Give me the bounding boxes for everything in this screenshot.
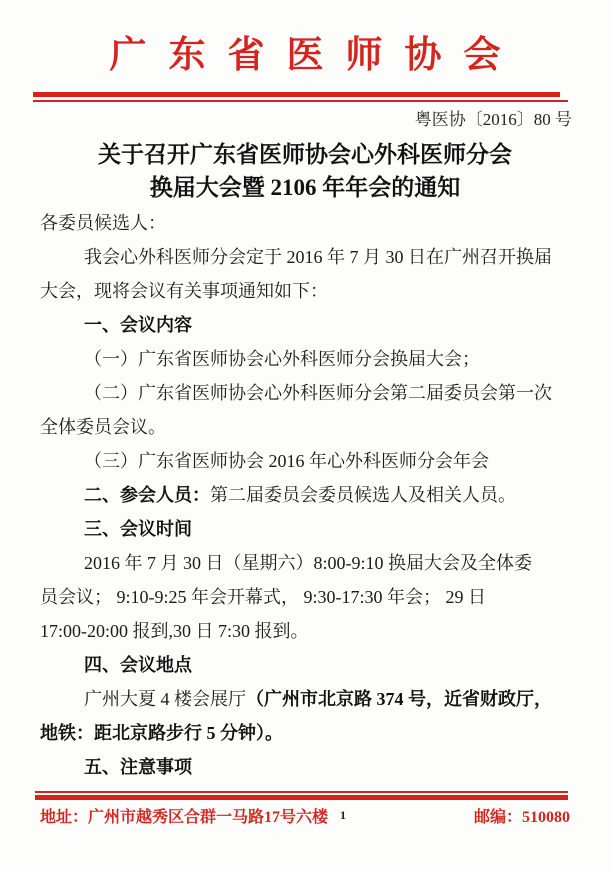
body-line: 广州大夏 4 楼会展厅（广州市北京路 374 号，近省财政厅，: [40, 682, 580, 716]
text-segment: 三、会议时间: [84, 519, 192, 539]
body-line: 我会心外科医师分会定于 2016 年 7 月 30 日在广州召开换届: [40, 240, 580, 274]
footer-postcode: 邮编：510080: [474, 807, 570, 829]
body-line: 一、会议内容: [40, 308, 580, 342]
text-segment: 第二届委员会委员候选人及相关人员。: [210, 485, 516, 505]
text-segment: （广州市北京路 374 号，近省财政厅，: [246, 689, 552, 709]
text-segment: （二）广东省医师协会心外科医师分会第二届委员会第一次: [84, 383, 552, 403]
text-segment: 地铁：距北京路步行 5 分钟）。: [40, 723, 283, 743]
footer-rule-thick: [35, 795, 568, 800]
page-footer: 地址：广州市越秀区合群一马路17号六楼 1 邮编：510080: [0, 791, 610, 829]
text-segment: （一）广东省医师协会心外科医师分会换届大会；: [84, 349, 480, 369]
header-divider: [33, 92, 568, 102]
body-line: 二、参会人员：第二届委员会委员候选人及相关人员。: [40, 478, 580, 512]
footer-rule-thin: [35, 791, 568, 793]
header-rule-thick: [33, 92, 560, 97]
text-segment: 17:00-20:00 报到,30 日 7:30 报到。: [40, 621, 309, 641]
body-line: （二）广东省医师协会心外科医师分会第二届委员会第一次: [40, 376, 580, 410]
body-line: 2016 年 7 月 30 日（星期六）8:00-9:10 换届大会及全体委: [40, 546, 580, 580]
text-segment: （三）广东省医师协会 2016 年心外科医师分会年会: [84, 451, 489, 471]
org-masthead-title: 广东省医师协会: [0, 0, 610, 82]
text-segment: 四、会议地点: [84, 655, 192, 675]
notice-title-line-2: 换届大会暨 2106 年年会的通知: [0, 171, 610, 204]
notice-body: 各委员候选人： 我会心外科医师分会定于 2016 年 7 月 30 日在广州召开…: [40, 206, 580, 784]
document-page: 广东省医师协会 粤医协〔2016〕80 号 关于召开广东省医师协会心外科医师分会…: [0, 0, 610, 872]
document-number: 粤医协〔2016〕80 号: [0, 108, 572, 132]
body-line: 17:00-20:00 报到,30 日 7:30 报到。: [40, 614, 580, 648]
body-line: 员会议； 9:10-9:25 年会开幕式， 9:30-17:30 年会； 29 …: [40, 580, 580, 614]
salutation: 各委员候选人：: [40, 206, 580, 240]
notice-title: 关于召开广东省医师协会心外科医师分会 换届大会暨 2106 年年会的通知: [0, 138, 610, 204]
text-segment: 大会，现将会议有关事项通知如下：: [40, 281, 328, 301]
text-segment: 我会心外科医师分会定于 2016 年 7 月 30 日在广州召开换届: [84, 247, 552, 267]
text-segment: 广州大夏 4 楼会展厅: [84, 689, 246, 709]
notice-title-line-1: 关于召开广东省医师协会心外科医师分会: [0, 138, 610, 171]
header-rule-thin: [33, 100, 568, 102]
body-line: 地铁：距北京路步行 5 分钟）。: [40, 716, 580, 750]
text-segment: 员会议； 9:10-9:25 年会开幕式， 9:30-17:30 年会； 29 …: [40, 587, 486, 607]
body-line: 三、会议时间: [40, 512, 580, 546]
text-segment: 一、会议内容: [84, 315, 192, 335]
footer-address: 地址：广州市越秀区合群一马路17号六楼: [40, 807, 328, 829]
text-segment: 2016 年 7 月 30 日（星期六）8:00-9:10 换届大会及全体委: [84, 553, 532, 573]
text-segment: 二、参会人员：: [84, 485, 210, 505]
body-paragraphs: 我会心外科医师分会定于 2016 年 7 月 30 日在广州召开换届大会，现将会…: [40, 240, 580, 784]
body-line: （一）广东省医师协会心外科医师分会换届大会；: [40, 342, 580, 376]
footer-info-row: 地址：广州市越秀区合群一马路17号六楼 1 邮编：510080: [40, 807, 570, 829]
body-line: 五、注意事项: [40, 750, 580, 784]
text-segment: 全体委员会议。: [40, 417, 166, 437]
body-line: 大会，现将会议有关事项通知如下：: [40, 274, 580, 308]
body-line: （三）广东省医师协会 2016 年心外科医师分会年会: [40, 444, 580, 478]
body-line: 四、会议地点: [40, 648, 580, 682]
body-line: 全体委员会议。: [40, 410, 580, 444]
text-segment: 五、注意事项: [84, 757, 192, 777]
page-number: 1: [340, 804, 346, 826]
